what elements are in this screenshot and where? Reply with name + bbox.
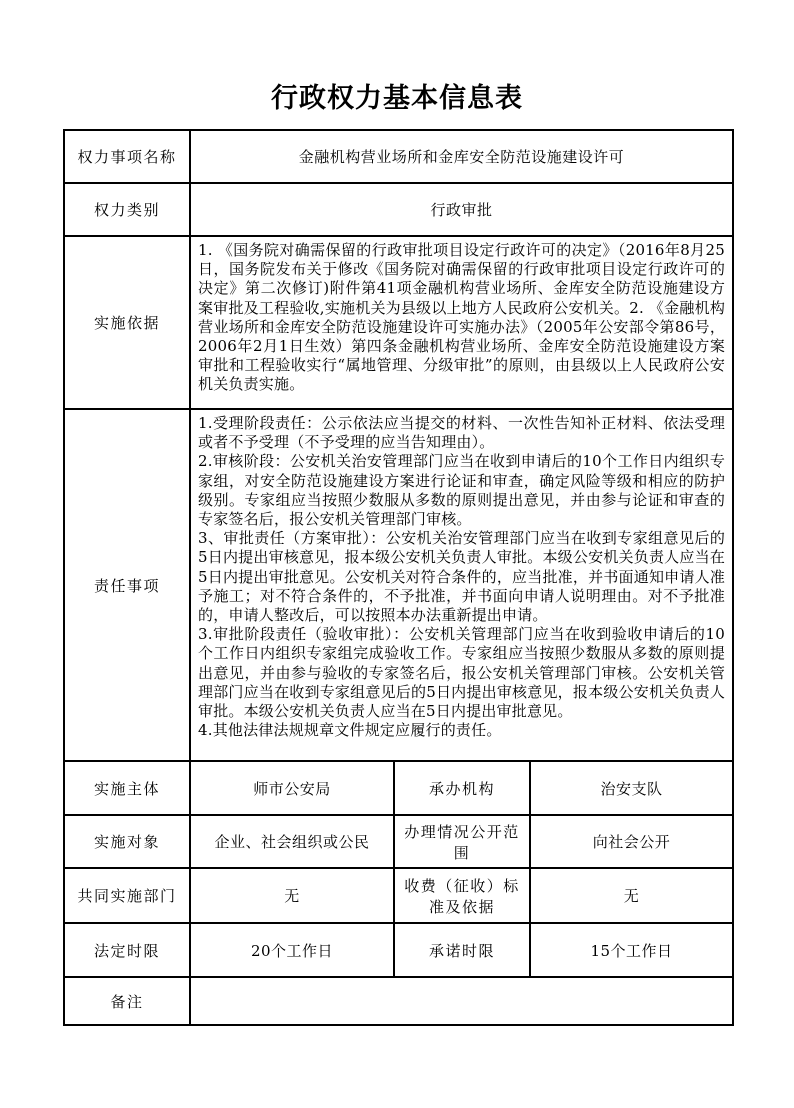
- item-name-label: 权力事项名称: [64, 130, 190, 183]
- item-name-value: 金融机构营业场所和金库安全防范设施建设许可: [190, 130, 733, 183]
- page-title: 行政权力基本信息表: [0, 0, 794, 116]
- table-row: 责任事项 1.受理阶段责任：公示依法应当提交的材料、一次性告知补正材料、依法受理…: [64, 409, 733, 761]
- power-category-value: 行政审批: [190, 183, 733, 236]
- joint-departments-label: 共同实施部门: [64, 868, 190, 923]
- implementing-body-label: 实施主体: [64, 761, 190, 815]
- table-row: 共同实施部门 无 收费（征收）标准及依据 无: [64, 868, 733, 923]
- promised-time-limit-value: 15个工作日: [530, 923, 733, 977]
- statutory-time-limit-value: 20个工作日: [190, 923, 394, 977]
- implementation-basis-value: 1. 《国务院对确需保留的行政审批项目设定行政许可的决定》（2016年8月25日…: [190, 236, 733, 409]
- disclosure-scope-label: 办理情况公开范围: [394, 815, 530, 868]
- table-row: 权力类别 行政审批: [64, 183, 733, 236]
- table-row: 备注: [64, 977, 733, 1025]
- fee-standard-label: 收费（征收）标准及依据: [394, 868, 530, 923]
- implementation-target-value: 企业、社会组织或公民: [190, 815, 394, 868]
- implementing-body-value: 师市公安局: [190, 761, 394, 815]
- power-category-label: 权力类别: [64, 183, 190, 236]
- remarks-label: 备注: [64, 977, 190, 1025]
- implementation-basis-label: 实施依据: [64, 236, 190, 409]
- handling-agency-label: 承办机构: [394, 761, 530, 815]
- table-row: 实施对象 企业、社会组织或公民 办理情况公开范围 向社会公开: [64, 815, 733, 868]
- promised-time-limit-label: 承诺时限: [394, 923, 530, 977]
- remarks-value: [190, 977, 733, 1025]
- responsibilities-label: 责任事项: [64, 409, 190, 761]
- document-page: 行政权力基本信息表 权力事项名称 金融机构营业场所和金库安全防范设施建设许可 权…: [0, 0, 794, 1108]
- implementation-target-label: 实施对象: [64, 815, 190, 868]
- statutory-time-limit-label: 法定时限: [64, 923, 190, 977]
- handling-agency-value: 治安支队: [530, 761, 733, 815]
- disclosure-scope-value: 向社会公开: [530, 815, 733, 868]
- table-row: 实施依据 1. 《国务院对确需保留的行政审批项目设定行政许可的决定》（2016年…: [64, 236, 733, 409]
- joint-departments-value: 无: [190, 868, 394, 923]
- table-row: 实施主体 师市公安局 承办机构 治安支队: [64, 761, 733, 815]
- fee-standard-value: 无: [530, 868, 733, 923]
- table-row: 法定时限 20个工作日 承诺时限 15个工作日: [64, 923, 733, 977]
- info-table: 权力事项名称 金融机构营业场所和金库安全防范设施建设许可 权力类别 行政审批 实…: [63, 129, 734, 1026]
- table-row: 权力事项名称 金融机构营业场所和金库安全防范设施建设许可: [64, 130, 733, 183]
- responsibilities-value: 1.受理阶段责任：公示依法应当提交的材料、一次性告知补正材料、依法受理或者不予受…: [190, 409, 733, 761]
